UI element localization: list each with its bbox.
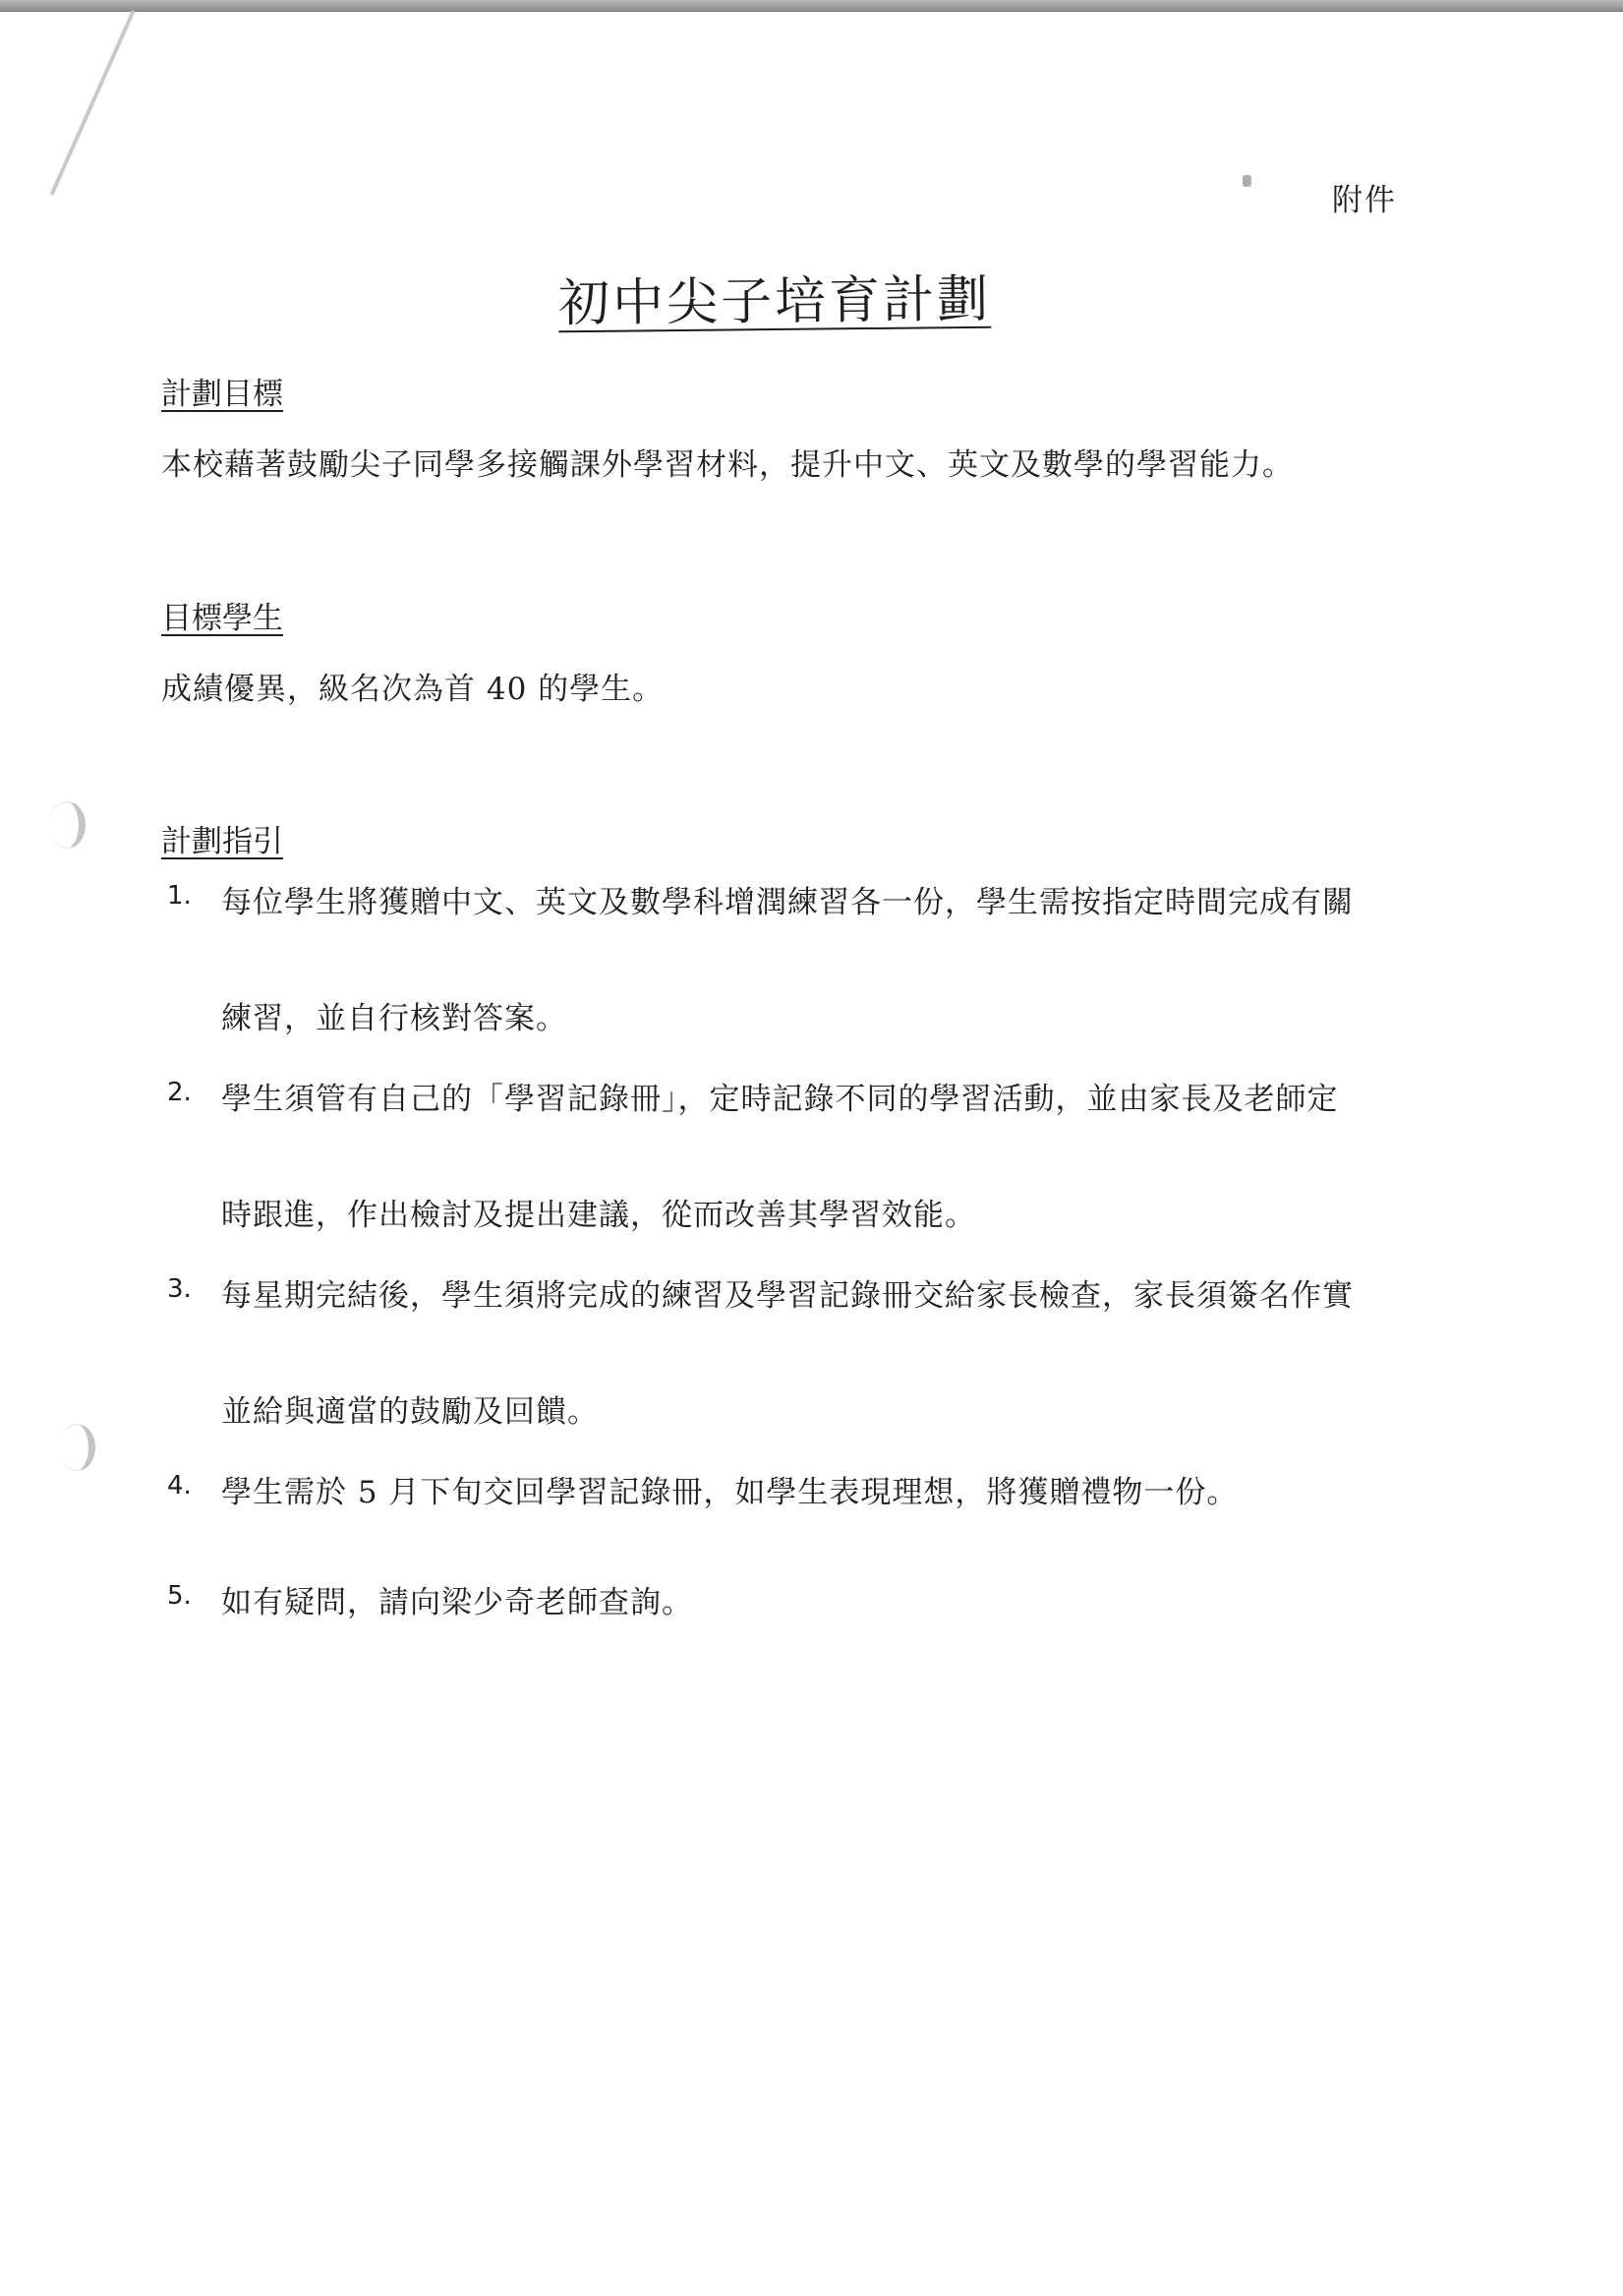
scan-crease-mark [50, 10, 136, 196]
list-item-line: 學生需於 5 月下旬交回學習記錄冊，如學生表現理想，將獲贈禮物一份。 [221, 1467, 1238, 1511]
list-item-line: 每位學生將獲贈中文、英文及數學科增潤練習各一份，學生需按指定時間完成有關 [221, 877, 1354, 921]
scan-top-edge [0, 0, 1623, 12]
punch-hole-icon [49, 801, 86, 849]
list-item-line: 每星期完結後，學生須將完成的練習及學習記錄冊交給家長檢查，家長須簽名作實 [221, 1270, 1354, 1315]
list-item-number: 2. [167, 1078, 192, 1107]
list-item-line: 學生須管有自己的「學習記錄冊」，定時記錄不同的學習活動，並由家長及老師定 [221, 1074, 1339, 1118]
list-item-line: 如有疑問，請向梁少奇老師查詢。 [221, 1577, 693, 1621]
scan-speck [1243, 175, 1251, 187]
list-item-line: 並給與適當的鼓勵及回饋。 [221, 1386, 599, 1431]
section-heading-target-students: 目標學生 [161, 593, 283, 637]
section-body-target-students: 成績優異，級名次為首 40 的學生。 [161, 664, 664, 708]
punch-hole-icon [59, 1424, 95, 1471]
list-item-number: 1. [167, 881, 192, 911]
list-item-number: 4. [167, 1471, 192, 1501]
section-heading-objective: 計劃目標 [161, 369, 283, 413]
list-item-number: 3. [167, 1274, 192, 1304]
list-item-number: 5. [167, 1581, 192, 1611]
attachment-label: 附件 [1332, 175, 1397, 219]
section-body-objective: 本校藉著鼓勵尖子同學多接觸課外學習材料，提升中文、英文及數學的學習能力。 [161, 440, 1294, 484]
section-heading-guidelines: 計劃指引 [161, 816, 283, 860]
page-title: 初中尖子培育計劃 [558, 258, 992, 336]
list-item-line: 時跟進，作出檢討及提出建議，從而改善其學習效能。 [221, 1190, 976, 1234]
list-item-line: 練習，並自行核對答案。 [221, 993, 567, 1037]
